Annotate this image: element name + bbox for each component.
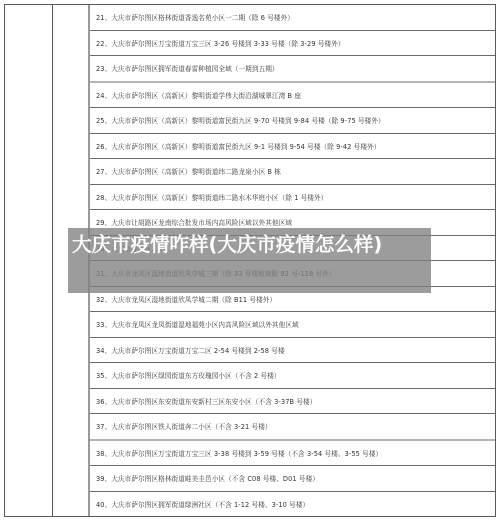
title-overlay: 大庆市疫情咋样(大庆市疫情怎么样) bbox=[68, 228, 431, 293]
list-item: 36、大庆市萨尔图区东安街道东安新村三区东安小区（不含 3-37B 号楼） bbox=[90, 389, 495, 415]
list-item: 21、大庆市萨尔图区格林街道香逸名苑小区一二期（除 6 号楼外） bbox=[90, 5, 495, 31]
list-item: 25、大庆市萨尔图区（高新区）黎明街道富民街九区 9-70 号楼到 9-84 号… bbox=[90, 108, 495, 134]
list-item: 22、大庆市萨尔图区万宝街道万宝三区 3-26 号楼到 3-33 号楼（除 3-… bbox=[90, 31, 495, 57]
list-item: 34、大庆市萨尔图区万宝街道万宝二区 2-54 号楼到 2-58 号楼 bbox=[90, 338, 495, 364]
list-item: 26、大庆市萨尔图区（高新区）黎明街道富民街九区 9-1 号楼到 9-54 号楼… bbox=[90, 134, 495, 160]
overlay-title: 大庆市疫情咋样(大庆市疫情怎么样) bbox=[68, 231, 431, 258]
list-item: 35、大庆市萨尔图区绿园街道东方玫瑰园小区（不含 2 号楼） bbox=[90, 363, 495, 389]
list-item: 33、大庆市龙凤区龙凤街道湿地福苑小区内高风险区域以外其他区域 bbox=[90, 312, 495, 338]
list-item: 40、大庆市萨尔图区拥军街道绿洲社区（不含 1-12 号楼、3-10 号楼） bbox=[90, 492, 495, 517]
list-item: 24、大庆市萨尔图区（高新区）黎明街道学伟大街沿湖城翠江湾 B 座 bbox=[90, 83, 495, 109]
list-item: 37、大庆市萨尔图区铁人街道奔二小区（不含 3-21 号楼） bbox=[90, 414, 495, 441]
list-item: 23、大庆市萨尔图区拥军街道春雷种植园全域（一期到五期） bbox=[90, 56, 495, 83]
list-item: 39、大庆市萨尔图区格林街道畦美圭邑小区（不含 C08 号楼、D01 号楼） bbox=[90, 466, 495, 492]
table-column-blank-1 bbox=[5, 5, 53, 516]
list-item: 28、大庆市萨尔图区（高新区）黎明街道纬二路水木华庭小区（除 1 号楼外） bbox=[90, 185, 495, 211]
list-item: 38、大庆市萨尔图区万宝街道万宝三区 3-38 号楼到 3-59 号楼（不含 3… bbox=[90, 441, 495, 467]
list-item: 27、大庆市萨尔图区（高新区）黎明街道纬二路龙泉小区 B 栋 bbox=[90, 159, 495, 185]
